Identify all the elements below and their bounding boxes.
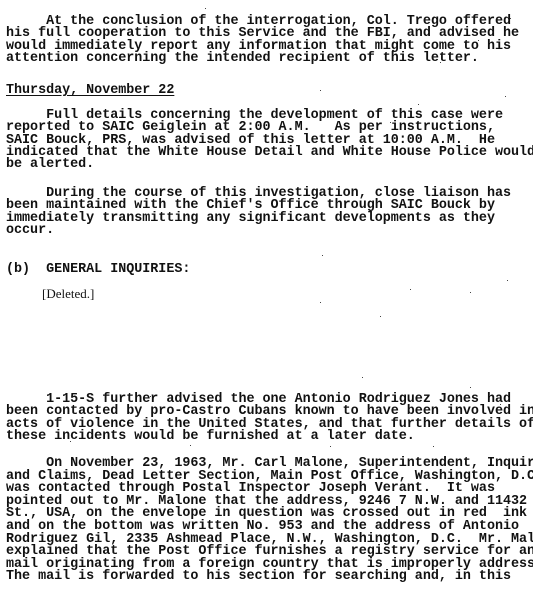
scan-speck (500, 404, 501, 405)
scan-speck (70, 441, 71, 442)
text-line: be alerted. (6, 159, 94, 171)
scan-speck (418, 104, 419, 105)
text-line: [Deleted.] (42, 287, 94, 301)
scan-speck (205, 8, 206, 9)
scan-speck (320, 90, 321, 91)
scan-speck (320, 302, 321, 303)
scan-speck (322, 255, 323, 256)
text-line: The mail is forwarded to his section for… (6, 571, 511, 583)
scan-speck (507, 280, 508, 281)
scan-speck (228, 188, 229, 189)
scan-speck (433, 446, 434, 447)
scan-speck (440, 62, 441, 63)
scan-speck (470, 292, 471, 293)
scan-speck (330, 446, 331, 447)
text-line: Thursday, November 22 (6, 85, 174, 97)
text-line: (b) GENERAL INQUIRIES: (6, 264, 190, 276)
scan-speck (505, 96, 506, 97)
text-line: occur. (6, 225, 54, 237)
scan-speck (390, 122, 391, 123)
scan-speck (150, 396, 151, 397)
text-line: these incidents would be furnished at a … (6, 431, 415, 443)
scan-speck (478, 40, 479, 41)
scan-speck (362, 377, 363, 378)
text-line: attention concerning the intended recipi… (6, 53, 479, 65)
scan-speck (380, 316, 381, 317)
scan-speck (410, 289, 411, 290)
scan-speck (470, 387, 471, 388)
scan-speck (510, 18, 511, 19)
text-line: immediately transmitting any significant… (6, 213, 495, 225)
scan-speck (190, 445, 191, 446)
